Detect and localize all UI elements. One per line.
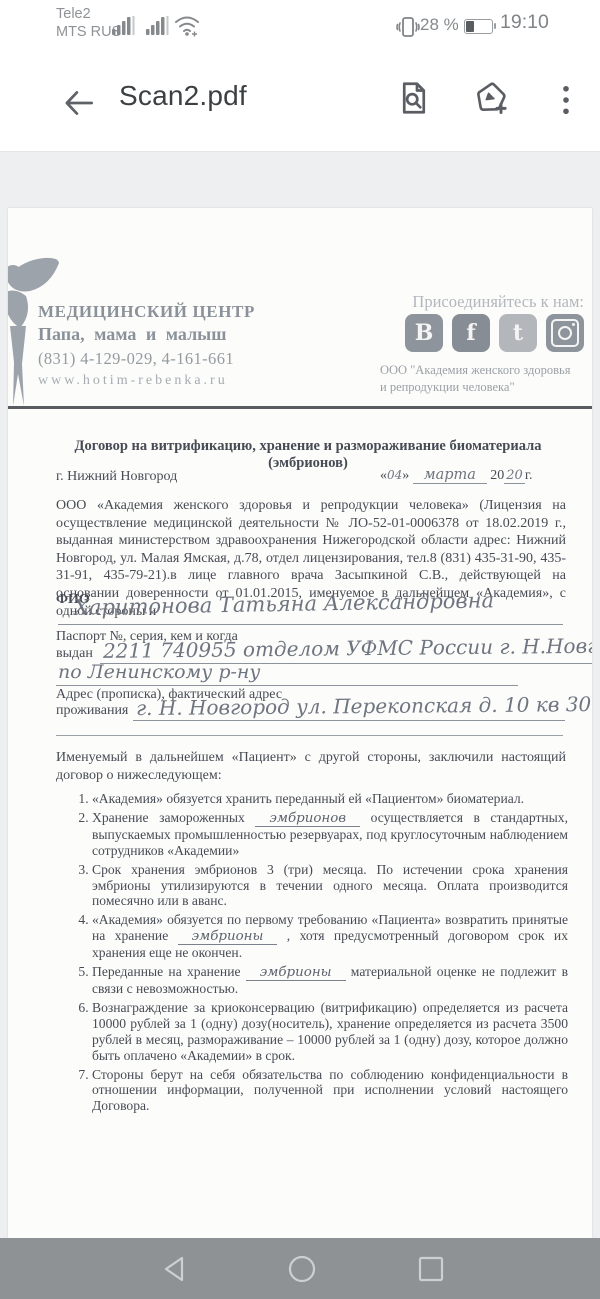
address-residence-label: проживания [56, 703, 128, 719]
address-underline [133, 720, 565, 721]
android-nav-bar [0, 1238, 600, 1299]
pdf-page[interactable]: МЕДИЦИНСКИЙ ЦЕНТР Папа, мама и малыш (83… [8, 208, 592, 1238]
term-6-text: Вознаграждение за криоконсервацию (витри… [92, 1000, 568, 1063]
clinic-phone: (831) 4-129-029, 4-161-661 [38, 349, 234, 369]
battery-percent: 28 % [420, 15, 459, 35]
clinic-name: МЕДИЦИНСКИЙ ЦЕНТР [38, 302, 255, 322]
date-quote-open: « [380, 468, 387, 483]
phone-screen: Tele2 MTS RUS 28 % 19:10 [0, 0, 600, 1299]
term-item-2: Хранение замороженных эмбрионов осуществ… [92, 810, 568, 859]
date-suffix: г. [525, 468, 533, 483]
join-us-label: Присоединяйтесь к нам: [412, 292, 584, 312]
wifi-icon [174, 14, 202, 38]
term-2-handwritten: эмбрионов [255, 811, 360, 827]
passport-issued-label: выдан [56, 646, 93, 662]
term-item-3: Срок хранения эмбрионов 3 (три) месяца. … [92, 862, 568, 910]
date-month-handwritten: марта [413, 467, 487, 484]
signal-icon-sim2 [146, 15, 170, 36]
company-caption: ООО "Академия женского здоровья и репрод… [380, 362, 570, 396]
status-time: 19:10 [500, 11, 549, 34]
term-item-7: Стороны берут на себя обязательства по с… [92, 1067, 568, 1115]
passport-handwritten-1: 2211 740955 отделом УФМС России г. Н.Нов… [103, 633, 592, 663]
company-line1: ООО "Академия женского здоровья [380, 362, 570, 379]
contract-date: «04» марта 2020г. [380, 467, 533, 484]
term-3-text: Срок хранения эмбрионов 3 (три) месяца. … [92, 862, 568, 909]
passport-handwritten-2: по Ленинскому р-ну [58, 661, 260, 683]
term-item-6: Вознаграждение за криоконсервацию (витри… [92, 1000, 568, 1064]
date-day-handwritten: 04 [387, 468, 402, 482]
pdf-viewer[interactable]: МЕДИЦИНСКИЙ ЦЕНТР Папа, мама и малыш (83… [0, 152, 600, 1238]
social-icons-row: B f t [405, 314, 584, 352]
date-year-printed: 20 [490, 468, 504, 483]
clinic-subtitle: Папа, мама и малыш [38, 324, 226, 345]
back-button[interactable] [60, 84, 98, 122]
contract-city: г. Нижний Новгород [56, 469, 177, 485]
annotate-icon[interactable] [474, 80, 510, 116]
term-1-text: «Академия» обязуется хранить переданный … [92, 791, 524, 806]
passport-underline-2 [56, 685, 518, 686]
term-item-4: «Академия» обязуется по первому требован… [92, 912, 568, 961]
nav-home-button[interactable] [286, 1253, 318, 1285]
blank-underline [56, 735, 563, 736]
nav-recents-button[interactable] [415, 1253, 447, 1285]
address-handwritten: г. Н. Новгород ул. Перекопская д. 10 кв … [136, 692, 592, 720]
term-2-pre: Хранение замороженных [92, 810, 255, 825]
nav-back-button[interactable] [159, 1253, 191, 1285]
document-title: Scan2.pdf [119, 80, 247, 112]
vk-glyph: B [415, 320, 434, 346]
vibrate-icon [396, 15, 420, 39]
contract-terms: «Академия» обязуется хранить переданный … [56, 791, 568, 1117]
twitter-icon: t [499, 314, 537, 352]
battery-icon [464, 19, 493, 34]
term-4-handwritten: эмбрионы [178, 929, 278, 945]
signal-icon [112, 15, 136, 36]
date-year-handwritten: 20 [504, 468, 525, 484]
app-toolbar: Scan2.pdf [0, 52, 600, 152]
term-7-text: Стороны берут на себя обязательства по с… [92, 1067, 568, 1114]
fio-underline [58, 624, 563, 625]
twitter-glyph: t [513, 320, 523, 346]
facebook-icon: f [452, 314, 490, 352]
clinic-website: www.hotim-rebenka.ru [38, 373, 228, 389]
overflow-menu-icon[interactable] [548, 82, 584, 118]
company-line2: и репродукции человека" [380, 379, 570, 396]
date-quote-close: » [402, 468, 409, 483]
term-item-5: Переданные на хранение эмбрионы материал… [92, 964, 568, 997]
instagram-icon [546, 314, 584, 352]
term-5-pre: Переданные на хранение [92, 964, 246, 979]
patient-clause: Именуемый в дальнейшем «Пациент» с друго… [56, 749, 566, 784]
facebook-glyph: f [466, 320, 475, 346]
vk-icon: B [405, 314, 443, 352]
find-in-document-icon[interactable] [396, 80, 432, 116]
status-bar: Tele2 MTS RUS 28 % 19:10 [0, 0, 600, 52]
letterhead-divider [8, 406, 592, 409]
term-item-1: «Академия» обязуется хранить переданный … [92, 791, 568, 807]
term-5-handwritten: эмбрионы [246, 965, 346, 981]
